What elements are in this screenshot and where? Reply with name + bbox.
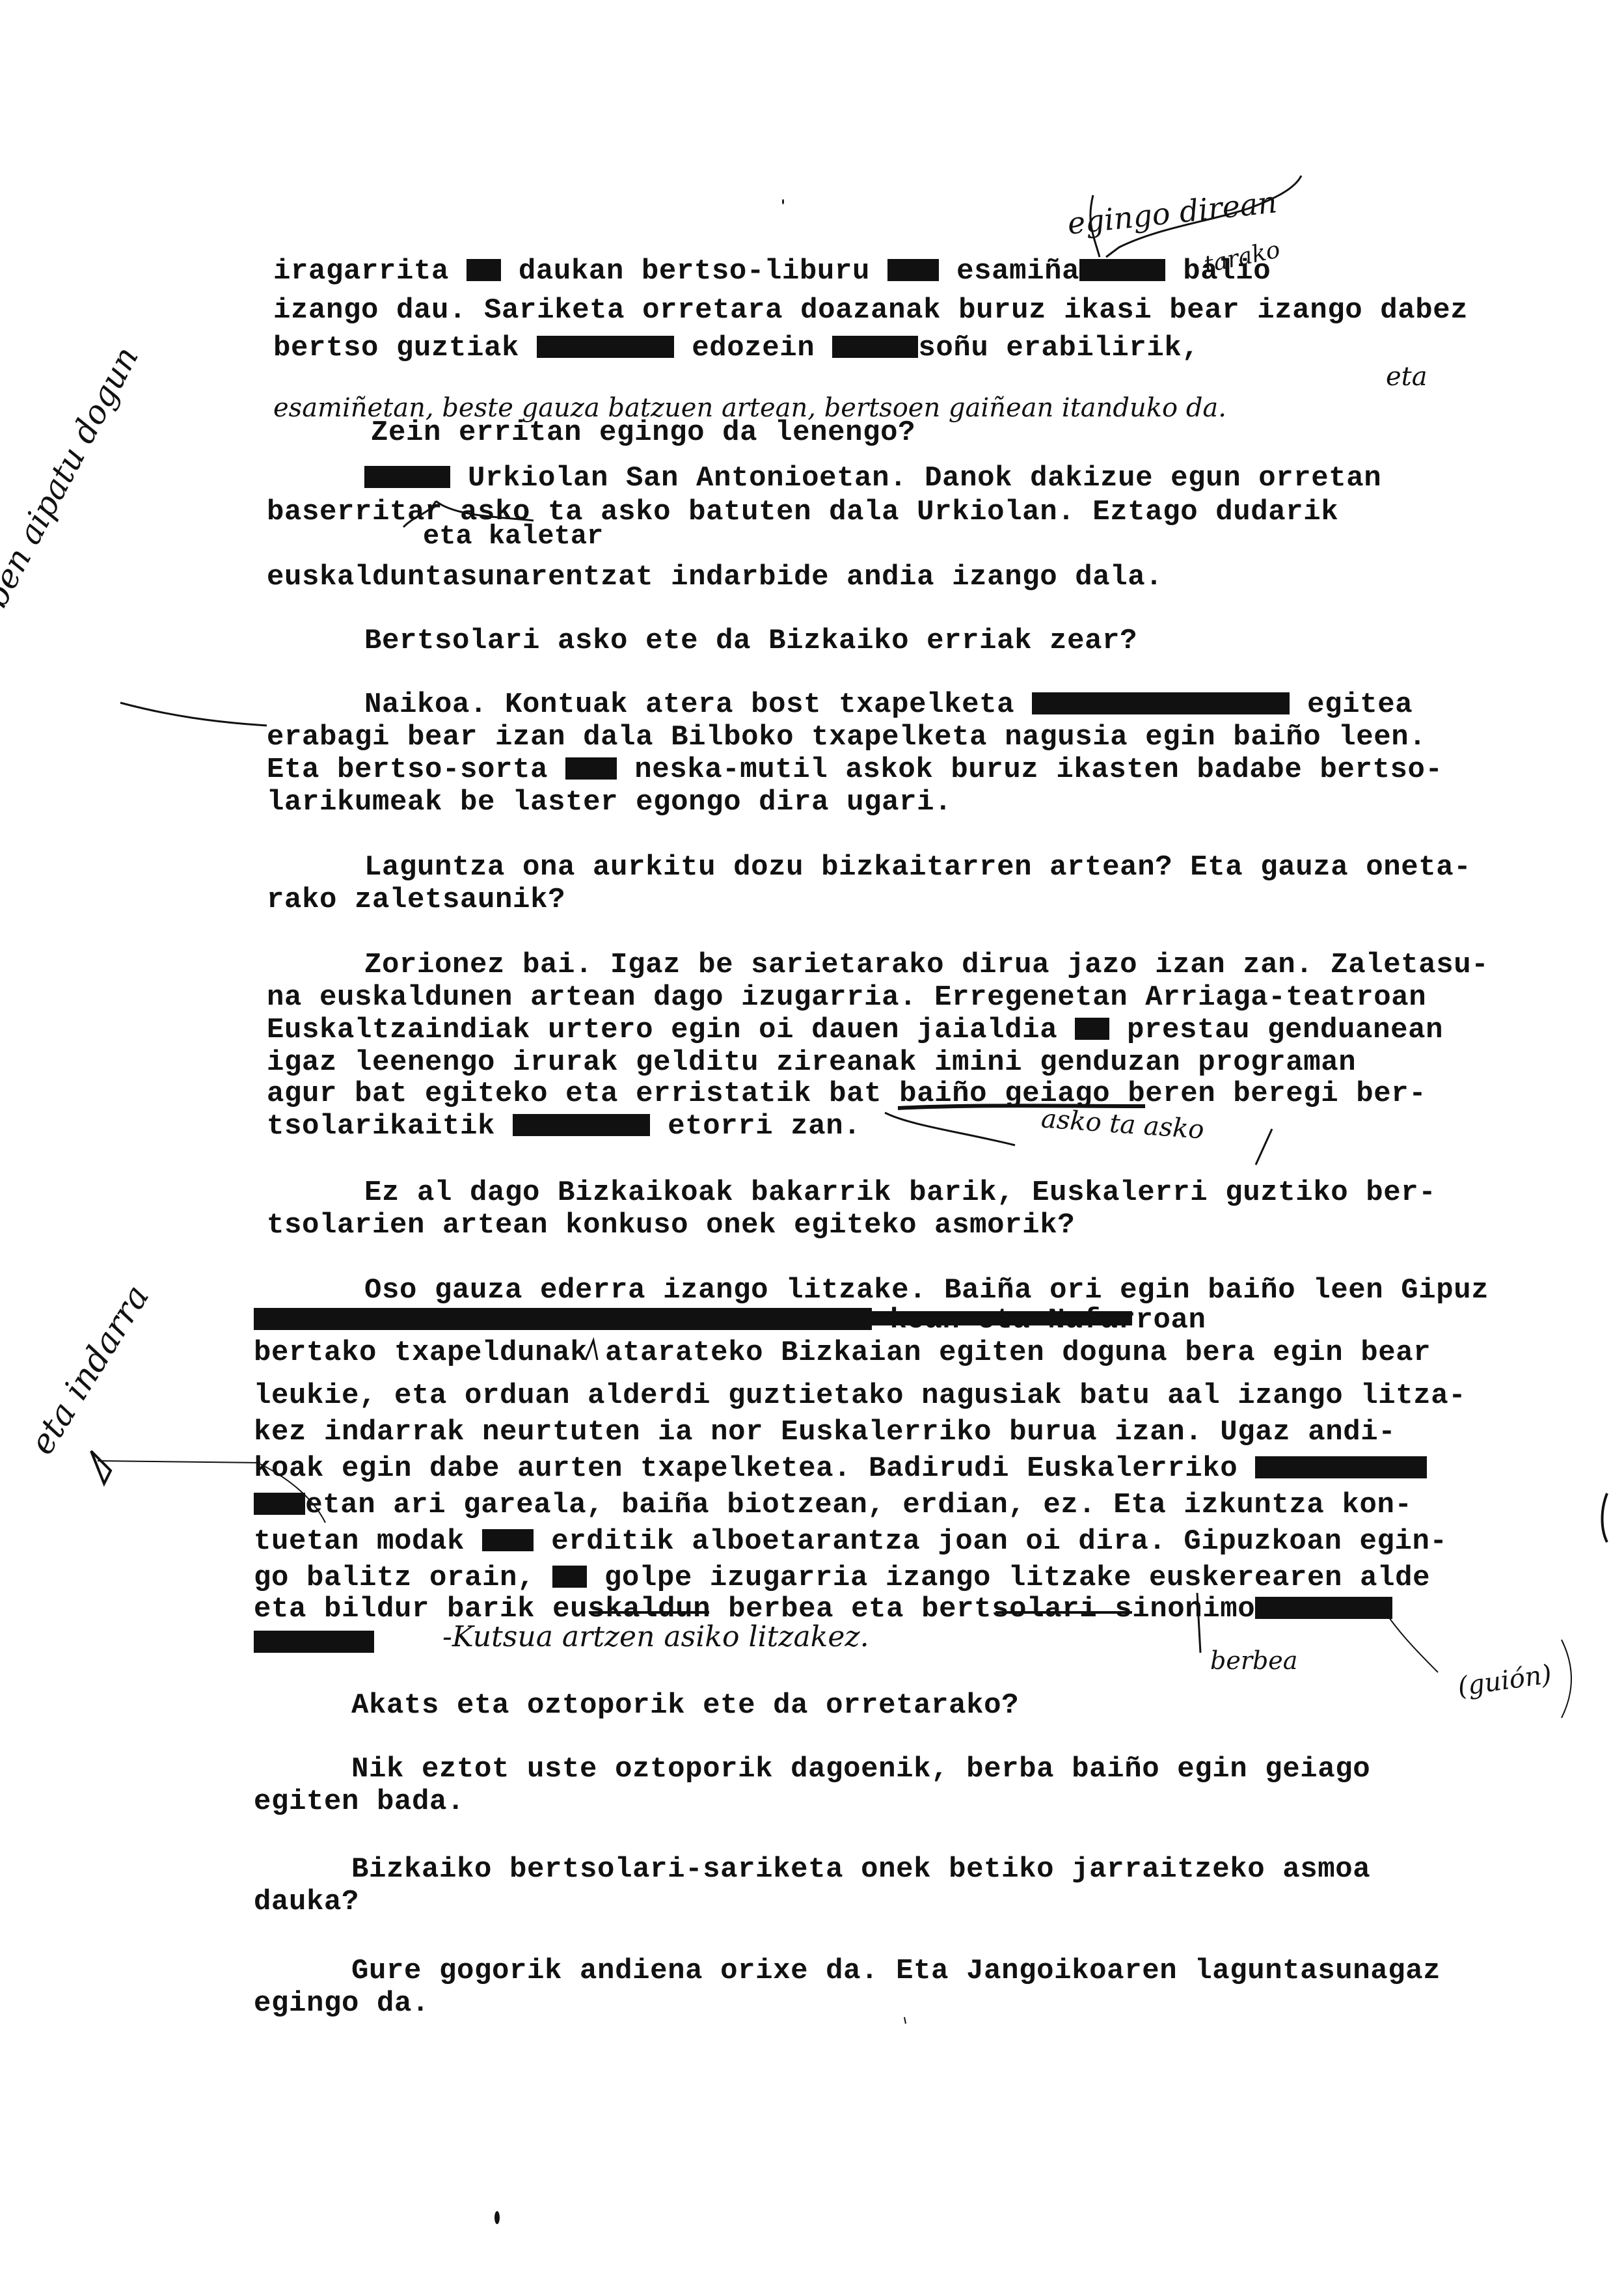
stray-ink-dot: [494, 2211, 500, 2224]
scanned-document-page: egingo direan tarako iragarrita daukan b…: [0, 0, 1624, 2282]
stray-ink-dot: [782, 199, 784, 204]
pen-marks: [0, 0, 1624, 2282]
